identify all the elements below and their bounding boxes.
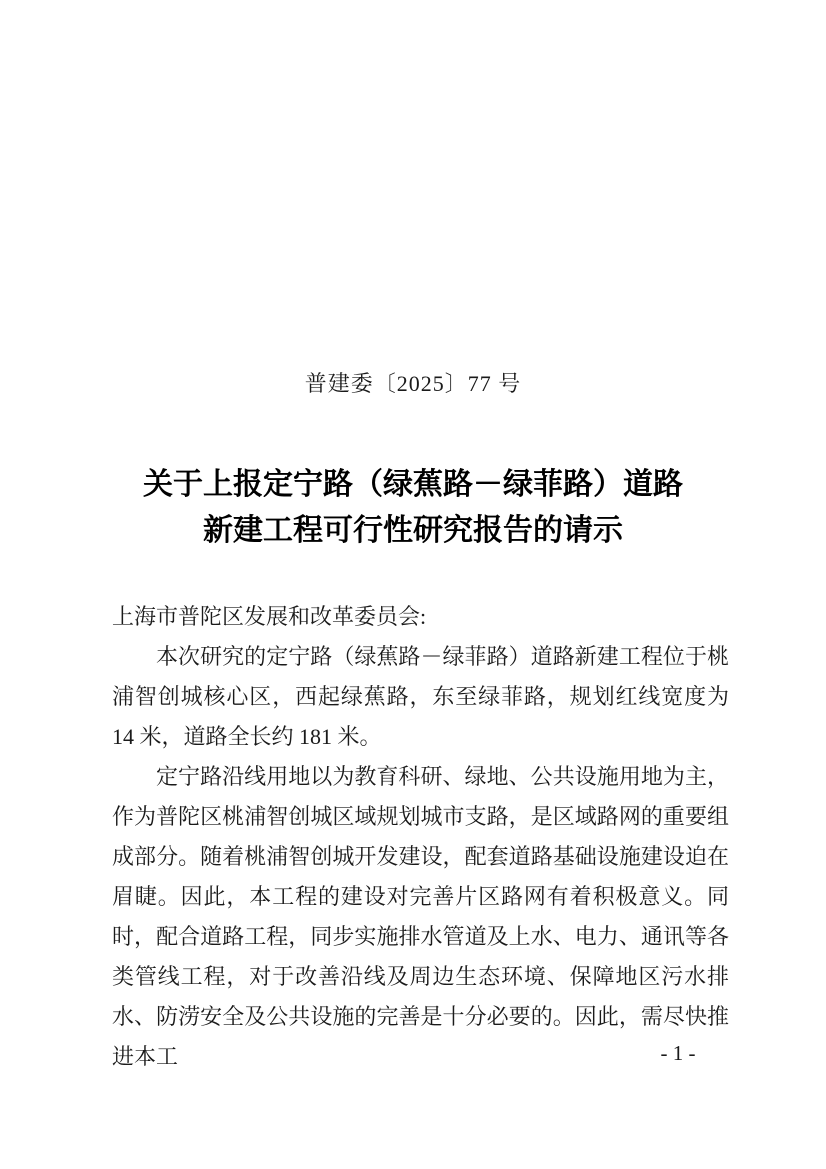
- paragraph-2: 定宁路沿线用地以为教育科研、绿地、公共设施用地为主，作为普陀区桃浦智创城区域规划…: [112, 757, 729, 1077]
- title-line-2: 新建工程可行性研究报告的请示: [0, 508, 826, 554]
- document-body: 上海市普陀区发展和改革委员会: 本次研究的定宁路（绿蕉路－绿菲路）道路新建工程位…: [112, 597, 729, 1077]
- document-number: 普建委〔2025〕77 号: [0, 371, 826, 397]
- document-title: 关于上报定宁路（绿蕉路－绿菲路）道路 新建工程可行性研究报告的请示: [0, 462, 826, 554]
- salutation-line: 上海市普陀区发展和改革委员会:: [112, 597, 729, 637]
- paragraph-1: 本次研究的定宁路（绿蕉路－绿菲路）道路新建工程位于桃浦智创城核心区，西起绿蕉路，…: [112, 637, 729, 757]
- title-line-1: 关于上报定宁路（绿蕉路－绿菲路）道路: [0, 462, 826, 508]
- document-page: 普建委〔2025〕77 号 关于上报定宁路（绿蕉路－绿菲路）道路 新建工程可行性…: [0, 0, 826, 1169]
- page-number: - 1 -: [634, 1041, 722, 1065]
